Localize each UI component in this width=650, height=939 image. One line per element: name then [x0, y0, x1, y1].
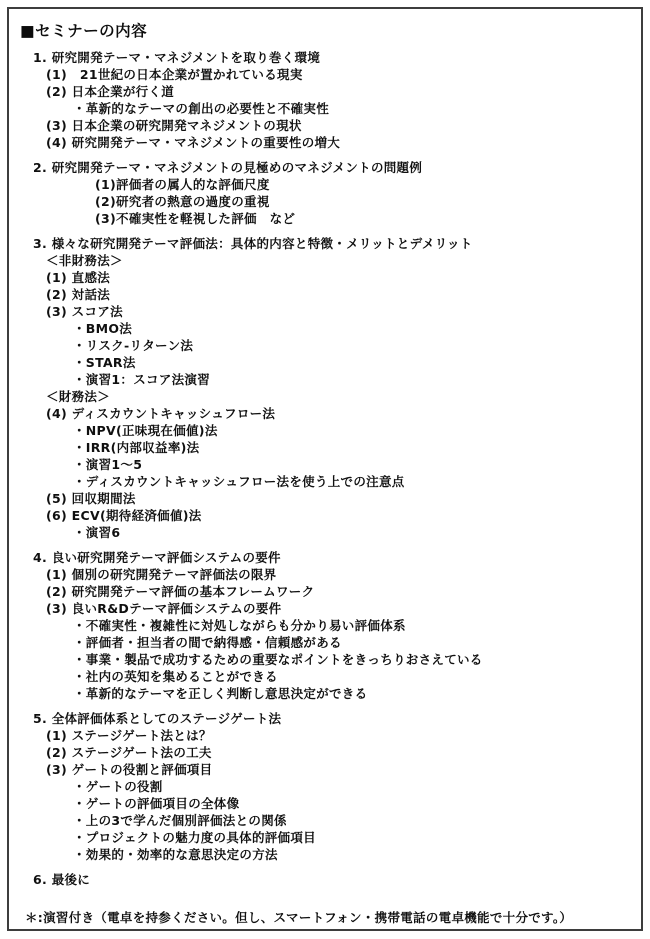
outline-item: (2)研究者の熱意の過度の重視	[95, 193, 631, 210]
outline-section: 2. 研究開発テーマ・マネジメントの見極めのマネジメントの問題例(1)評価者の属…	[33, 159, 631, 227]
outline-item: ・評価者・担当者の間で納得感・信頼感がある	[73, 634, 631, 651]
outline-item: ・社内の英知を集めることができる	[73, 668, 631, 685]
outline-item: ・ゲートの役割	[73, 778, 631, 795]
outline-item: (4) 研究開発テーマ・マネジメントの重要性の増大	[46, 134, 631, 151]
outline-item: ・演習1：スコア法演習	[73, 371, 631, 388]
outline-item: (1) 21世紀の日本企業が置かれている現実	[46, 66, 631, 83]
outline-item: ・効果的・効率的な意思決定の方法	[73, 846, 631, 863]
outline-item: ・不確実性・複雑性に対処しながらも分かり易い評価体系	[73, 617, 631, 634]
outline-section: 5. 全体評価体系としてのステージゲート法(1) ステージゲート法とは？(2) …	[33, 710, 631, 863]
outline-item: (3) スコア法	[46, 303, 631, 320]
outline-item: (6) ECV(期待経済価値)法	[46, 507, 631, 524]
outline-item: ・ディスカウントキャッシュフロー法を使う上での注意点	[73, 473, 631, 490]
outline-item: (2) 研究開発テーマ評価の基本フレームワーク	[46, 583, 631, 600]
outline-item: (3) ゲートの役割と評価項目	[46, 761, 631, 778]
outline-item: ・STAR法	[73, 354, 631, 371]
outline-item: (2) 対話法	[46, 286, 631, 303]
outline-item: ・プロジェクトの魅力度の具体的評価項目	[73, 829, 631, 846]
outline-item: ・演習6	[73, 524, 631, 541]
outline-item: (1) ステージゲート法とは？	[46, 727, 631, 744]
outline-item: (1) 直感法	[46, 269, 631, 286]
outline-item: ＜非財務法＞	[46, 252, 631, 269]
outline-item: (3)不確実性を軽視した評価 など	[95, 210, 631, 227]
outline-item: (3) 日本企業の研究開発マネジメントの現状	[46, 117, 631, 134]
outline-item: (3) 良いR&Dテーマ評価システムの要件	[46, 600, 631, 617]
outline-item: (4) ディスカウントキャッシュフロー法	[46, 405, 631, 422]
outline-section: 6. 最後に	[33, 871, 631, 888]
outline-item: ・上の3で学んだ個別評価法との関係	[73, 812, 631, 829]
section-heading: 6. 最後に	[33, 871, 631, 888]
outline-item: ・事業・製品で成功するための重要なポイントをきっちりおさえている	[73, 651, 631, 668]
footnote: ＊:演習付き（電卓を持参ください。但し、スマートフォン・携帯電話の電卓機能で十分…	[25, 909, 631, 926]
section-heading: 5. 全体評価体系としてのステージゲート法	[33, 710, 631, 727]
outline-item: (1)評価者の属人的な評価尺度	[95, 176, 631, 193]
outline-section: 1. 研究開発テーマ・マネジメントを取り巻く環境(1) 21世紀の日本企業が置か…	[33, 49, 631, 151]
outline-item: ・NPV(正味現在価値)法	[73, 422, 631, 439]
outline-item: ・革新的なテーマを正しく判断し意思決定ができる	[73, 685, 631, 702]
outline-section: 3. 様々な研究開発テーマ評価法：具体的内容と特徴・メリットとデメリット＜非財務…	[33, 235, 631, 541]
outline-item: (5) 回収期間法	[46, 490, 631, 507]
outline-section: 4. 良い研究開発テーマ評価システムの要件(1) 個別の研究開発テーマ評価法の限…	[33, 549, 631, 702]
section-heading: 2. 研究開発テーマ・マネジメントの見極めのマネジメントの問題例	[33, 159, 631, 176]
outline-item: ・リスク-リターン法	[73, 337, 631, 354]
page-title: ■セミナーの内容	[20, 19, 631, 41]
section-heading: 1. 研究開発テーマ・マネジメントを取り巻く環境	[33, 49, 631, 66]
section-heading: 3. 様々な研究開発テーマ評価法：具体的内容と特徴・メリットとデメリット	[33, 235, 631, 252]
outline-item: ・ゲートの評価項目の全体像	[73, 795, 631, 812]
outline-item: ・BMO法	[73, 320, 631, 337]
outline-item: ・IRR(内部収益率)法	[73, 439, 631, 456]
section-heading: 4. 良い研究開発テーマ評価システムの要件	[33, 549, 631, 566]
outline-item: (2) 日本企業が行く道	[46, 83, 631, 100]
document-border: ■セミナーの内容 1. 研究開発テーマ・マネジメントを取り巻く環境(1) 21世…	[7, 7, 643, 931]
outline-item: ・演習1～5	[73, 456, 631, 473]
outline-item: ・革新的なテーマの創出の必要性と不確実性	[73, 100, 631, 117]
outline-item: (2) ステージゲート法の工夫	[46, 744, 631, 761]
outline-item: (1) 個別の研究開発テーマ評価法の限界	[46, 566, 631, 583]
outline-item: ＜財務法＞	[46, 388, 631, 405]
outline: 1. 研究開発テーマ・マネジメントを取り巻く環境(1) 21世紀の日本企業が置か…	[20, 49, 631, 888]
